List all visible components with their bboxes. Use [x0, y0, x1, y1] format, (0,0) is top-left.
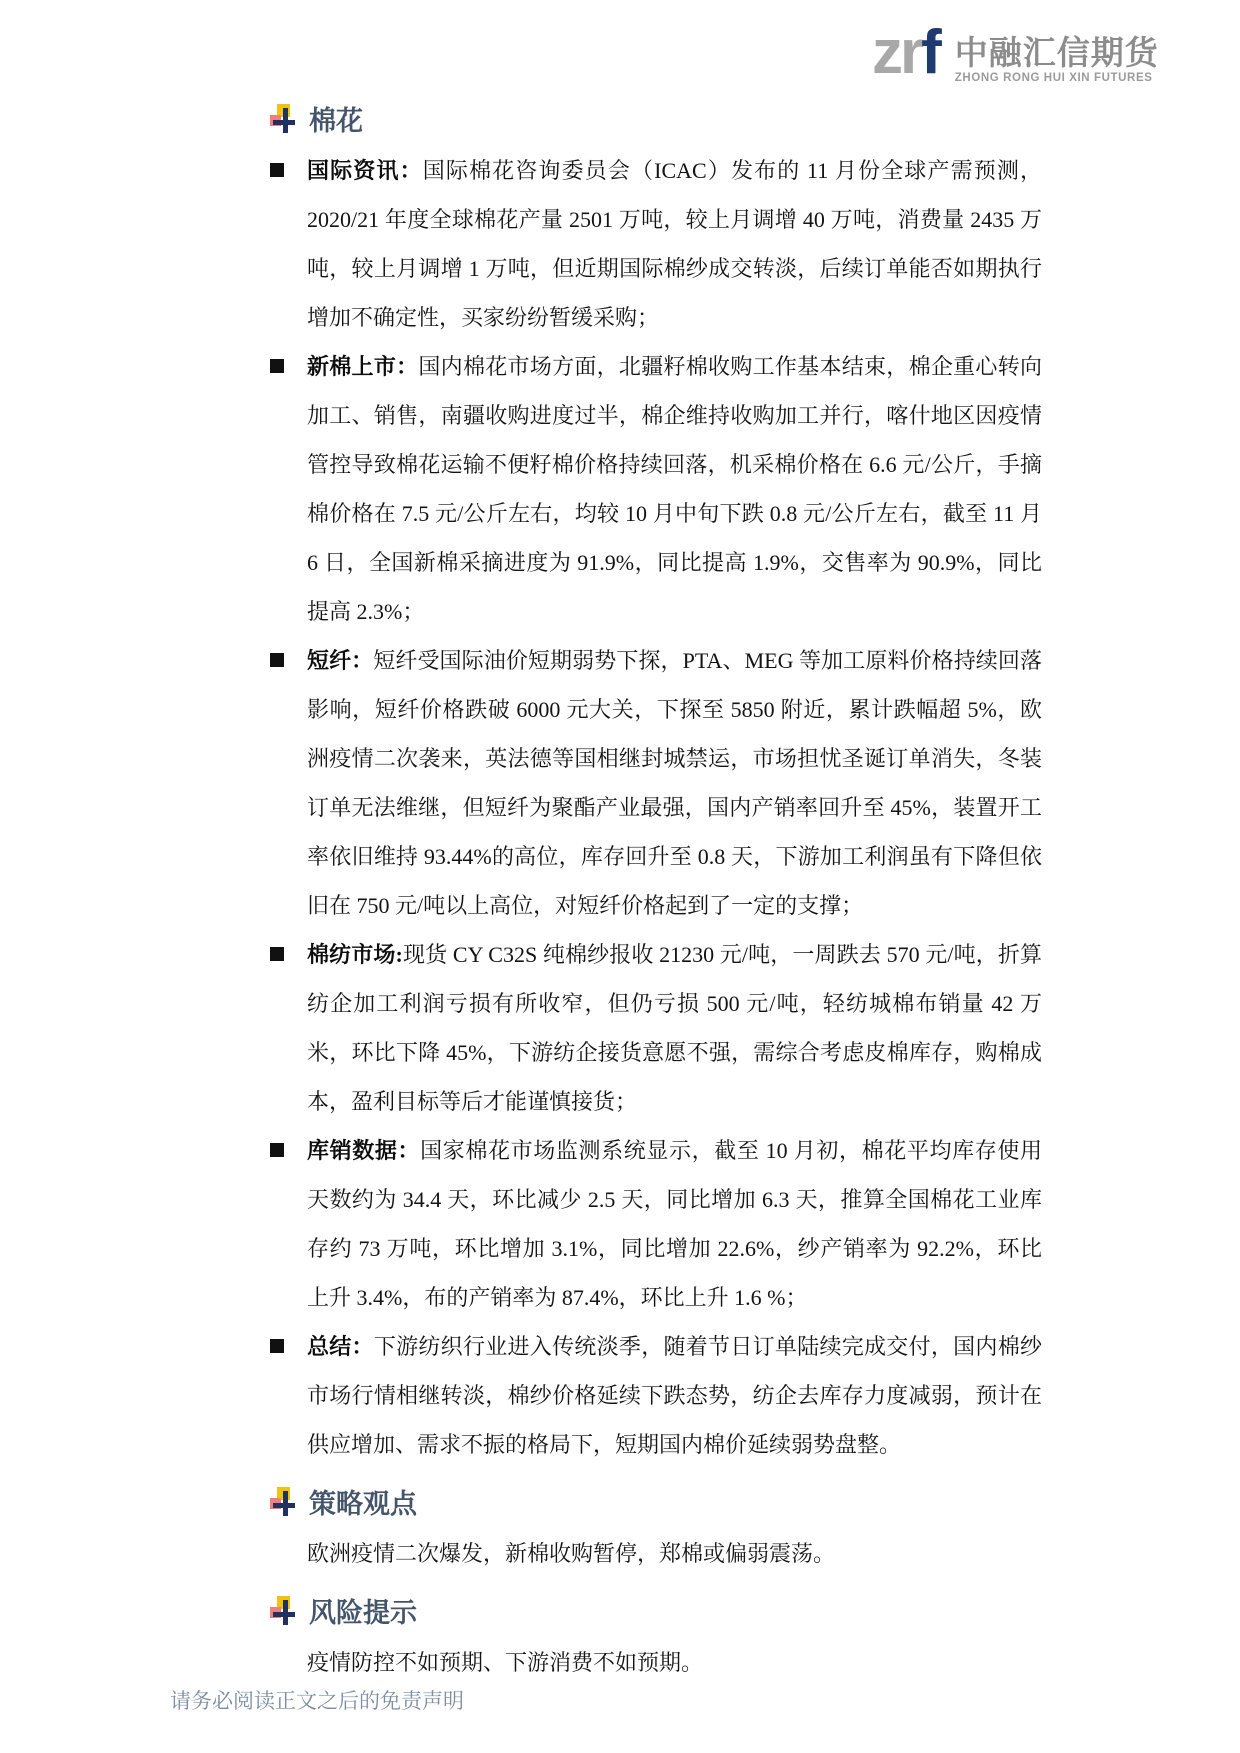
list-item-spinning-market: 棉纺市场:现货 CY C32S 纯棉纱报收 21230 元/吨，一周跌去 570… — [270, 930, 1042, 1126]
risk-warning-text: 疫情防控不如预期、下游消费不如预期。 — [307, 1638, 1042, 1687]
logo-zrf-mark: zrf — [872, 22, 939, 84]
company-name-en: ZHONG RONG HUI XIN FUTURES — [955, 72, 1159, 85]
section-header-risk: 风险提示 — [270, 1588, 1042, 1632]
paragraph-label: 国际资讯： — [307, 158, 423, 183]
list-item-inventory-data: 库销数据：国家棉花市场监测系统显示，截至 10 月初，棉花平均库存使用天数约为 … — [270, 1126, 1042, 1322]
paragraph-body: 下游纺织行业进入传统淡季，随着节日订单陆续完成交付，国内棉纱市场行情相继转淡，棉… — [307, 1334, 1042, 1457]
report-page: zrf 中融汇信期货 ZHONG RONG HUI XIN FUTURES 棉花… — [0, 0, 1240, 1753]
paragraph-label: 总结： — [307, 1334, 374, 1359]
section-header-cotton: 棉花 — [270, 96, 1042, 140]
icon-cross-horizontal — [273, 1503, 295, 1508]
list-item-new-cotton: 新棉上市：国内棉花市场方面，北疆籽棉收购工作基本结束，棉企重心转向加工、销售，南… — [270, 342, 1042, 636]
paragraph-spinning-market: 棉纺市场:现货 CY C32S 纯棉纱报收 21230 元/吨，一周跌去 570… — [307, 930, 1042, 1126]
square-bullet-icon — [270, 146, 307, 342]
square-bullet-icon — [270, 342, 307, 636]
list-item-summary: 总结：下游纺织行业进入传统淡季，随着节日订单陆续完成交付，国内棉纱市场行情相继转… — [270, 1322, 1042, 1469]
paragraph-label: 库销数据： — [307, 1138, 420, 1163]
paragraph-inventory-data: 库销数据：国家棉花市场监测系统显示，截至 10 月初，棉花平均库存使用天数约为 … — [307, 1126, 1042, 1322]
paragraph-body: 国际棉花咨询委员会（ICAC）发布的 11 月份全球产需预测，2020/21 年… — [307, 158, 1042, 330]
square-bullet-icon — [270, 636, 307, 930]
paragraph-label: 棉纺市场: — [307, 942, 403, 967]
square-bullet-icon — [270, 1126, 307, 1322]
square-bullet-icon — [270, 930, 307, 1126]
paragraph-label: 新棉上市： — [307, 354, 418, 379]
section-title-cotton: 棉花 — [309, 99, 363, 138]
icon-cross-horizontal — [273, 1612, 295, 1617]
paragraph-new-cotton: 新棉上市：国内棉花市场方面，北疆籽棉收购工作基本结束，棉企重心转向加工、销售，南… — [307, 342, 1042, 636]
logo-f-letter: f — [921, 18, 939, 87]
square-bullet-icon — [270, 1322, 307, 1469]
company-logo: zrf 中融汇信期货 ZHONG RONG HUI XIN FUTURES — [872, 22, 1159, 85]
paragraph-label: 短纤： — [307, 648, 373, 673]
colored-cross-bullet-icon — [270, 1485, 296, 1517]
list-item-intl-news: 国际资讯：国际棉花咨询委员会（ICAC）发布的 11 月份全球产需预测，2020… — [270, 146, 1042, 342]
list-item-short-fiber: 短纤：短纤受国际油价短期弱势下探，PTA、MEG 等加工原料价格持续回落影响，短… — [270, 636, 1042, 930]
colored-cross-bullet-icon — [270, 1594, 296, 1626]
colored-cross-bullet-icon — [270, 102, 296, 134]
icon-cross-horizontal — [273, 120, 295, 125]
strategy-view-text: 欧洲疫情二次爆发，新棉收购暂停，郑棉或偏弱震荡。 — [307, 1529, 1042, 1578]
logo-wordmark: 中融汇信期货 ZHONG RONG HUI XIN FUTURES — [955, 22, 1159, 85]
section-title-risk: 风险提示 — [309, 1591, 417, 1630]
footer-disclaimer-note: 请务必阅读正文之后的免责声明 — [170, 1688, 464, 1714]
logo-zr-letters: zr — [872, 18, 921, 87]
section-title-strategy: 策略观点 — [309, 1482, 417, 1521]
paragraph-body: 国家棉花市场监测系统显示，截至 10 月初，棉花平均库存使用天数约为 34.4 … — [307, 1138, 1042, 1310]
report-body: 棉花 国际资讯：国际棉花咨询委员会（ICAC）发布的 11 月份全球产需预测，2… — [270, 96, 1042, 1687]
paragraph-body: 现货 CY C32S 纯棉纱报收 21230 元/吨，一周跌去 570 元/吨，… — [307, 942, 1042, 1114]
paragraph-body: 国内棉花市场方面，北疆籽棉收购工作基本结束，棉企重心转向加工、销售，南疆收购进度… — [307, 354, 1042, 624]
company-name-cn: 中融汇信期货 — [955, 36, 1159, 70]
paragraph-body: 短纤受国际油价短期弱势下探，PTA、MEG 等加工原料价格持续回落影响，短纤价格… — [307, 648, 1042, 918]
paragraph-short-fiber: 短纤：短纤受国际油价短期弱势下探，PTA、MEG 等加工原料价格持续回落影响，短… — [307, 636, 1042, 930]
paragraph-summary: 总结：下游纺织行业进入传统淡季，随着节日订单陆续完成交付，国内棉纱市场行情相继转… — [307, 1322, 1042, 1469]
section-header-strategy: 策略观点 — [270, 1479, 1042, 1523]
paragraph-intl-news: 国际资讯：国际棉花咨询委员会（ICAC）发布的 11 月份全球产需预测，2020… — [307, 146, 1042, 342]
